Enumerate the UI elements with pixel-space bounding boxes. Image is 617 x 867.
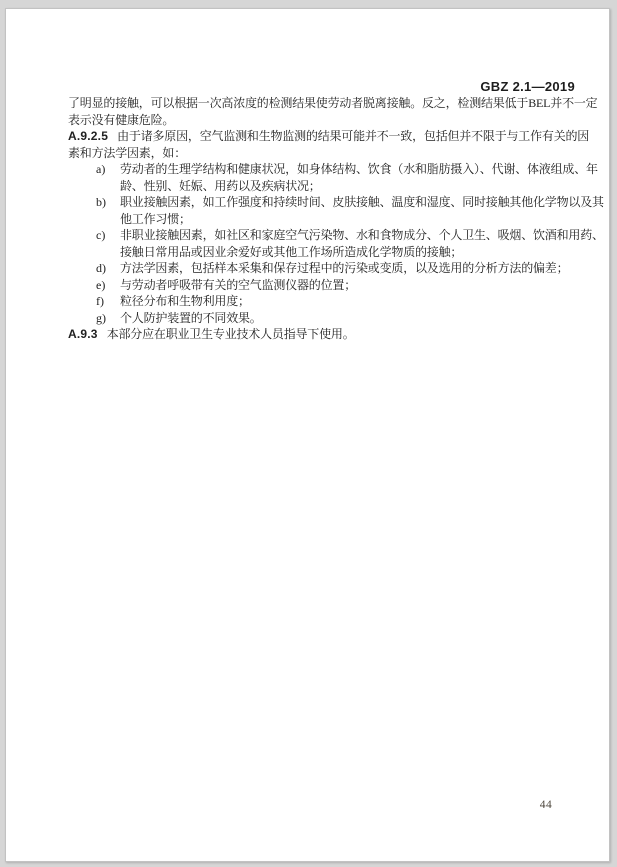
list-item-label: g) (96, 310, 120, 327)
list-item: b)职业接触因素，如工作强度和持续时间、皮肤接触、温度和湿度、同时接触其他化学物… (68, 194, 583, 227)
clause-first-line: A.9.2.5由于诸多原因，空气监测和生物监测的结果可能并不一致，包括但并不限于… (68, 128, 583, 145)
list-item: c)非职业接触因素，如社区和家庭空气污染物、水和食物成分、个人卫生、吸烟、饮酒和… (68, 227, 583, 260)
document-body: 了明显的接触，可以根据一次高浓度的检测结果使劳动者脱离接触。反之，检测结果低于B… (68, 95, 583, 343)
list-item-label: e) (96, 277, 120, 294)
clause-first-line: A.9.3本部分应在职业卫生专业技术人员指导下使用。 (68, 326, 583, 343)
clause: A.9.3本部分应在职业卫生专业技术人员指导下使用。 (68, 326, 583, 343)
clause: A.9.2.5由于诸多原因，空气监测和生物监测的结果可能并不一致，包括但并不限于… (68, 128, 583, 161)
document-code-header: GBZ 2.1—2019 (480, 79, 575, 94)
list-item: a)劳动者的生理学结构和健康状况，如身体结构、饮食（水和脂肪摄入）、代谢、体液组… (68, 161, 583, 194)
text-line: 素和方法学因素，如： (68, 145, 583, 162)
paragraph: 了明显的接触，可以根据一次高浓度的检测结果使劳动者脱离接触。反之，检测结果低于B… (68, 95, 583, 128)
list-item-lines: 劳动者的生理学结构和健康状况，如身体结构、饮食（水和脂肪摄入）、代谢、体液组成、… (120, 161, 598, 194)
page-background: GBZ 2.1—2019 了明显的接触，可以根据一次高浓度的检测结果使劳动者脱离… (0, 0, 617, 867)
list-item-lines: 职业接触因素，如工作强度和持续时间、皮肤接触、温度和湿度、同时接触其他化学物以及… (120, 194, 604, 227)
list-item-lines: 方法学因素，包括样本采集和保存过程中的污染或变质，以及选用的分析方法的偏差； (120, 260, 568, 277)
text-line: 职业接触因素，如工作强度和持续时间、皮肤接触、温度和湿度、同时接触其他化学物以及… (120, 194, 604, 211)
clause-number: A.9.2.5 (68, 129, 108, 143)
list-item: d)方法学因素，包括样本采集和保存过程中的污染或变质，以及选用的分析方法的偏差； (68, 260, 583, 277)
text-line: 非职业接触因素，如社区和家庭空气污染物、水和食物成分、个人卫生、吸烟、饮酒和用药… (120, 227, 604, 244)
list-item-lines: 非职业接触因素，如社区和家庭空气污染物、水和食物成分、个人卫生、吸烟、饮酒和用药… (120, 227, 604, 260)
list-item-label: f) (96, 293, 120, 310)
list-item-label: d) (96, 260, 120, 277)
text-line: 粒径分布和生物利用度； (120, 293, 250, 310)
text-line: 龄、性别、妊娠、用药以及疾病状况； (120, 178, 598, 195)
list-item-label: c) (96, 227, 120, 260)
clause-text: 由于诸多原因，空气监测和生物监测的结果可能并不一致，包括但并不限于与工作有关的因 (117, 129, 589, 143)
page-number: 44 (534, 799, 558, 811)
text-line: 劳动者的生理学结构和健康状况，如身体结构、饮食（水和脂肪摄入）、代谢、体液组成、… (120, 161, 598, 178)
clause-number: A.9.3 (68, 327, 98, 341)
text-line: 个人防护装置的不同效果。 (120, 310, 262, 327)
list-item-label: a) (96, 161, 120, 194)
list-item-label: b) (96, 194, 120, 227)
list-item: g)个人防护装置的不同效果。 (68, 310, 583, 327)
list-item-lines: 粒径分布和生物利用度； (120, 293, 250, 310)
list-item: f)粒径分布和生物利用度； (68, 293, 583, 310)
document-sheet: GBZ 2.1—2019 了明显的接触，可以根据一次高浓度的检测结果使劳动者脱离… (5, 8, 610, 862)
list-item-lines: 与劳动者呼吸带有关的空气监测仪器的位置； (120, 277, 356, 294)
text-line: 与劳动者呼吸带有关的空气监测仪器的位置； (120, 277, 356, 294)
text-line: 接触日常用品或因业余爱好或其他工作场所造成化学物质的接触； (120, 244, 604, 261)
text-line: 表示没有健康危险。 (68, 112, 583, 129)
text-line: 他工作习惯； (120, 211, 604, 228)
text-line: 方法学因素，包括样本采集和保存过程中的污染或变质，以及选用的分析方法的偏差； (120, 260, 568, 277)
list-item-lines: 个人防护装置的不同效果。 (120, 310, 262, 327)
clause-text: 本部分应在职业卫生专业技术人员指导下使用。 (107, 327, 355, 341)
list-item: e)与劳动者呼吸带有关的空气监测仪器的位置； (68, 277, 583, 294)
text-line: 了明显的接触，可以根据一次高浓度的检测结果使劳动者脱离接触。反之，检测结果低于B… (68, 95, 583, 112)
